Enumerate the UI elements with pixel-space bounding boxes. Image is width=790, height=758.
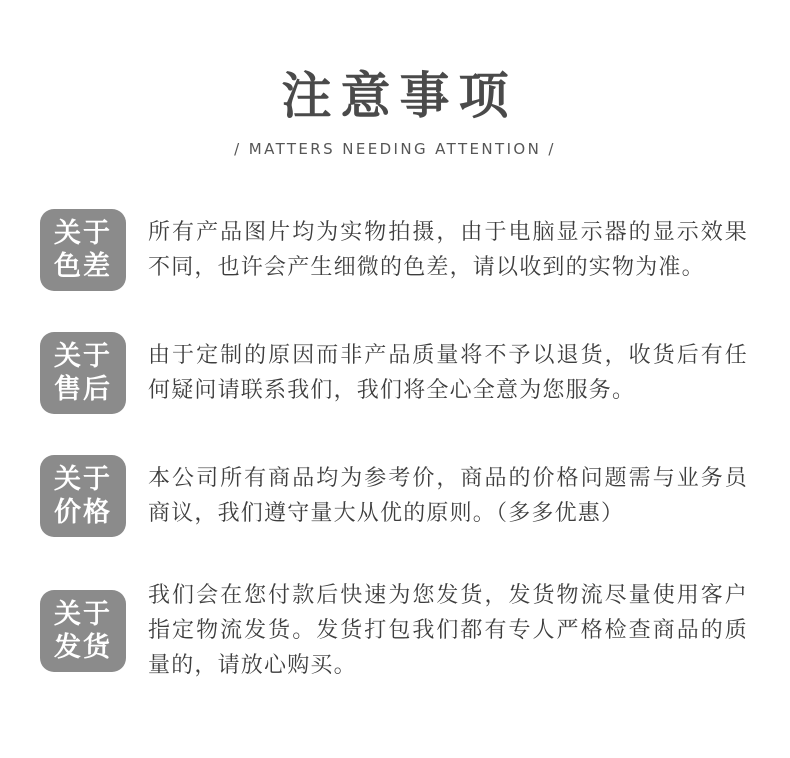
price-text: 本公司所有商品均为参考价，商品的价格问题需与业务员商议，我们遵守量大从优的原则。… (148, 461, 748, 531)
shipping-badge: 关于 发货 (40, 590, 126, 672)
after-sales-badge: 关于 售后 (40, 332, 126, 414)
color-difference-text: 所有产品图片均为实物拍摄，由于电脑显示器的显示效果不同，也许会产生细微的色差，请… (148, 215, 748, 285)
notice-page: 注意事项 / MATTERS NEEDING ATTENTION / 关于 色差… (0, 0, 790, 758)
after-sales-text: 由于定制的原因而非产品质量将不予以退货，收货后有任何疑问请联系我们，我们将全心全… (148, 338, 748, 408)
page-subtitle: / MATTERS NEEDING ATTENTION / (0, 140, 790, 158)
badge-label-line2: 发货 (54, 631, 112, 664)
notice-section-shipping: 关于 发货 我们会在您付款后快速为您发货，发货物流尽量使用客户指定物流发货。发货… (40, 578, 748, 683)
price-badge: 关于 价格 (40, 455, 126, 537)
badge-label-line1: 关于 (54, 217, 112, 250)
notice-sections: 关于 色差 所有产品图片均为实物拍摄，由于电脑显示器的显示效果不同，也许会产生细… (0, 209, 790, 683)
color-difference-badge: 关于 色差 (40, 209, 126, 291)
notice-section-color-difference: 关于 色差 所有产品图片均为实物拍摄，由于电脑显示器的显示效果不同，也许会产生细… (40, 209, 748, 291)
page-title: 注意事项 (0, 66, 790, 126)
badge-label-line1: 关于 (54, 463, 112, 496)
badge-label-line2: 售后 (54, 373, 112, 406)
badge-label-line1: 关于 (54, 340, 112, 373)
page-header: 注意事项 / MATTERS NEEDING ATTENTION / (0, 0, 790, 158)
badge-label-line2: 色差 (54, 250, 112, 283)
notice-section-price: 关于 价格 本公司所有商品均为参考价，商品的价格问题需与业务员商议，我们遵守量大… (40, 455, 748, 537)
badge-label-line1: 关于 (54, 598, 112, 631)
notice-section-after-sales: 关于 售后 由于定制的原因而非产品质量将不予以退货，收货后有任何疑问请联系我们，… (40, 332, 748, 414)
badge-label-line2: 价格 (54, 496, 112, 529)
shipping-text: 我们会在您付款后快速为您发货，发货物流尽量使用客户指定物流发货。发货打包我们都有… (148, 578, 748, 683)
